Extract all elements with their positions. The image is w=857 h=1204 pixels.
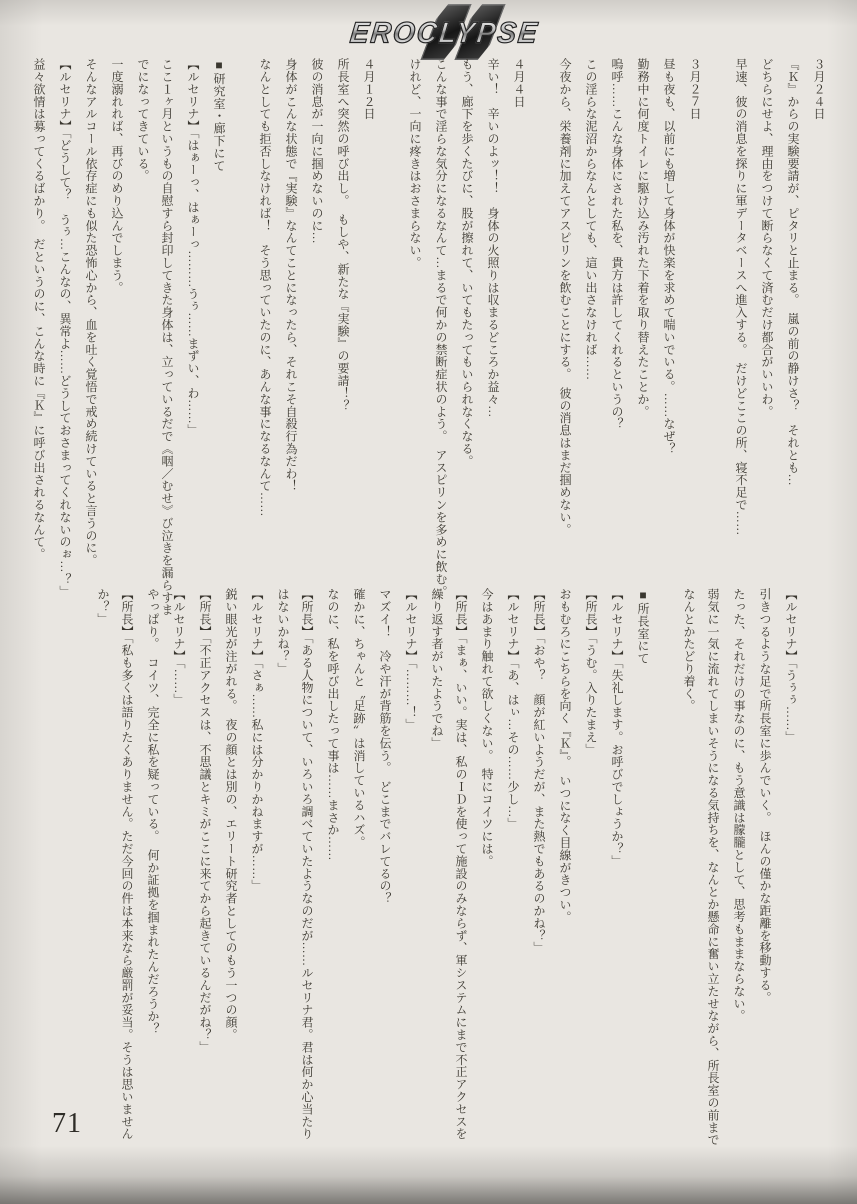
narration-line: もう、廊下を歩くたびに、股が擦れて、いてもたってもいられなくなる。 (455, 58, 479, 616)
dialogue-line: 【ルセリナ】「……」 (167, 588, 191, 1146)
page-number: 71 (52, 1108, 82, 1140)
dialogue-line: 【ルセリナ】「失礼します。お呼びでしょうか？」 (605, 588, 629, 1146)
section-heading: ■所長室にて (631, 588, 655, 1146)
narration-line: そんなアルコール依存症にも似た恐怖心から、血を吐く覚悟で戒め続けていると言うのに… (79, 58, 103, 616)
narration-line: 嗚呼……こんな身体にされた私を、貴方は許してくれるというの？ (605, 58, 629, 616)
narration-line: 所長室へ突然の呼び出し。 もしや、新たな『実験』の要請！？ (331, 58, 355, 616)
narration-line: なのに、私を呼び出したって事は……まさか…… (321, 588, 345, 1146)
narration-line: 『Ｋ』からの実験要請が、ピタリと止まる。 嵐の前の静けさ？ それとも… (781, 58, 805, 616)
dialogue-line: 【ルセリナ】「さぁ……私には分かりかねますが……」 (245, 588, 269, 1146)
narration-line: 引きつるような足で所長室に歩んでいく。 ほんの僅かな距離を移動する。 (753, 588, 777, 1146)
diary-date: ３月２７日 (683, 58, 707, 616)
narration-line: たった、それだけの事なのに、もう意識は朦朧として、思考もままならない。 (727, 588, 751, 1146)
narration-line: 益々欲情は募ってくるばかり。 だというのに、こんな時に『Ｋ』に呼び出されるなんて… (27, 58, 51, 616)
logo-title: EROCLYPSE (335, 16, 554, 50)
column-gap (531, 58, 551, 616)
narration-line: 今夜から、栄養剤に加えてアスピリンを飲むことにする。 彼の消息はまだ掴めない。 (553, 58, 577, 616)
dialogue-line: 【所長】「うむ。入りたまえ」 (579, 588, 603, 1146)
diary-date: ３月２４日 (807, 58, 831, 616)
narration-line: 昼も夜も、以前にも増して身体が快楽を求めて喘いでいる。……なぜ？ (657, 58, 681, 616)
director-office-scene-block: 【ルセリナ】「うぅぅ……」引きつるような足で所長室に歩んでいく。 ほんの僅かな距… (89, 588, 803, 1146)
narration-line: マズイ！ 冷や汗が背筋を伝う。 どこまでバレてるの？ (373, 588, 397, 1146)
narration-line: こんな事で淫らな気分になるなんて…まるで何かの禁断症状のよう。 アスピリンを多め… (429, 58, 453, 616)
column-gap (231, 58, 251, 616)
narration-line: 彼の消息が一向に掴めないのに… (305, 58, 329, 616)
column-gap (655, 588, 675, 1146)
narration-line: なんとしても拒否しなければ！ そう思っていたのに、あんな事になるなんて…… (253, 58, 277, 616)
narration-line: ここ１ヶ月というもの自慰すら封印してきた身体は、立っているだで《咽／むせ》び泣き… (131, 58, 179, 616)
narration-line: おもむろにこちらを向く『Ｋ』。 いつになく目線がきつい。 (553, 588, 577, 1146)
dialogue-line: 【ルセリナ】「………！」 (399, 588, 423, 1146)
narration-line: 鋭い眼光が注がれる。 夜の顔とは別の、エリート研究者としてのもう一つの顔。 (219, 588, 243, 1146)
narration-line: 身体がこんな状態で『実験』なんてことになったら、それこそ自殺行為だわ！ (279, 58, 303, 616)
dialogue-line: 【所長】「私も多くは語りたくありません。ただ今回の件は本来なら厳罰が妥当。そうは… (91, 588, 139, 1146)
narration-line: 勤務中に何度トイレに駆け込み汚れた下着を取り替えたことか。 (631, 58, 655, 616)
dialogue-line: 【所長】「おや？ 顔が紅いようだが、また熱でもあるのかね？」 (527, 588, 551, 1146)
dialogue-line: 【ルセリナ】「はぁーっ、はぁーっ………うぅ……まずい、わ……」 (181, 58, 205, 616)
dialogue-line: 【ルセリナ】「どうして？ うぅ…こんなの、異常よ……どうしておさまってくれないの… (53, 58, 77, 616)
diary-date: ４月４日 (507, 58, 531, 616)
dialogue-line: 【ルセリナ】「うぅぅ……」 (779, 588, 803, 1146)
narration-line: やっぱり。 コイツ、完全に私を疑っている。 何か証拠を掴まれたんだろうか？ (141, 588, 165, 1146)
narration-line: どちらにせよ、理由をつけて断らなくて済むだけ都合がいいわ。 (755, 58, 779, 616)
narration-line: 辛い！ 辛いのよッ！！ 身体の火照りは収まるどころか益々… (481, 58, 505, 616)
narration-line: 弱気に一気に流れてしまいそうになる気持ちを、なんとか懸命に奮い立たせながら、所長… (677, 588, 725, 1146)
dialogue-line: 【所長】「不正アクセスは、不思議とキミがここに来てから起きているんだがね？」 (193, 588, 217, 1146)
column-gap (381, 58, 401, 616)
narration-line: 一度溺れれば、再びのめり込んでしまう。 (105, 58, 129, 616)
column-gap (707, 58, 727, 616)
dialogue-line: 【所長】「まぁ、いい。実は、私のＩＤを使って施設のみならず、軍システムにまで不正… (425, 588, 473, 1146)
narration-line: 確かに、ちゃんと〝足跡〟は消しているハズ。 (347, 588, 371, 1146)
dialogue-line: 【ルセリナ】「あ、はぃ…その……少し…」 (501, 588, 525, 1146)
diary-entries-block: ３月２４日『Ｋ』からの実験要請が、ピタリと止まる。 嵐の前の静けさ？ それとも…… (25, 58, 831, 616)
diary-date: ４月１２日 (357, 58, 381, 616)
narration-line: けれど、一向に疼きはおさまらない。 (403, 58, 427, 616)
narration-line: 今はあまり触れて欲しくない。 特にコイツには。 (475, 588, 499, 1146)
logo: EROCLYPSE (337, 2, 552, 62)
narration-line: この淫らな泥沼からなんとしても、這い出さなければ…… (579, 58, 603, 616)
narration-line: 早速、彼の消息を探りに軍データベースへ進入する。 だけどここの所、寝不足で…… (729, 58, 753, 616)
section-heading: ■研究室・廊下にて (207, 58, 231, 616)
dialogue-line: 【所長】「ある人物について、いろいろ調べていたようなのだが……ルセリナ君。君は何… (271, 588, 319, 1146)
